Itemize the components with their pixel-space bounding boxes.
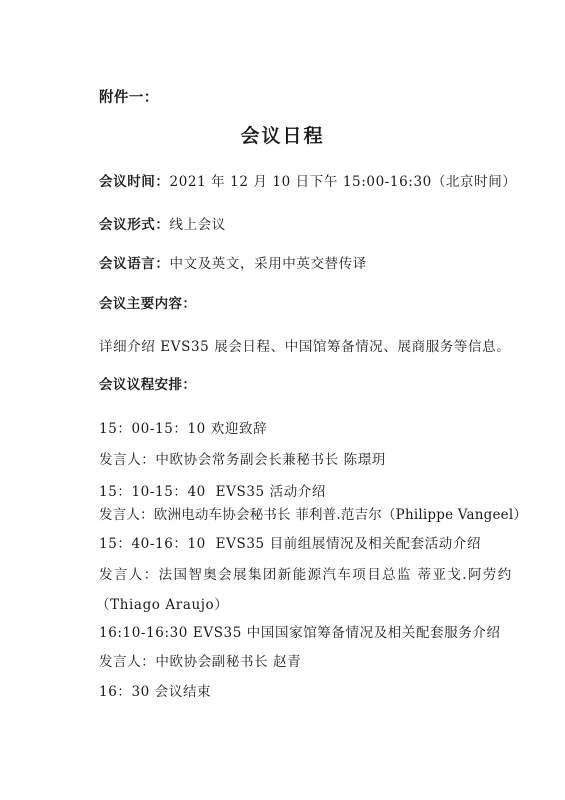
agenda-topic: EVS35 中国国家馆筹备情况及相关配套服务介绍 bbox=[193, 625, 501, 641]
content-text: 详细介绍 EVS35 展会日程、中国馆筹备情况、展商服务等信息。 bbox=[99, 338, 510, 356]
attachment-label: 附件一： bbox=[99, 89, 159, 107]
meta-language: 会议语言：中文及英文，采用中英交替传译 bbox=[99, 255, 367, 273]
agenda-item-time-topic: 16:10-16:30 EVS35 中国国家馆筹备情况及相关配套服务介绍 bbox=[99, 624, 501, 642]
agenda-item-time-topic: 15：10-15：40 EVS35 活动介绍 bbox=[99, 483, 326, 501]
meta-language-value: 中文及英文，采用中英交替传译 bbox=[170, 256, 367, 272]
agenda-time: 16:10-16:30 bbox=[99, 625, 188, 641]
agenda-time: 15：40-16：10 bbox=[99, 536, 206, 552]
page-title: 会议日程 bbox=[0, 124, 565, 148]
document-page: 附件一： 会议日程 会议时间：2021 年 12 月 10 日下午 15:00-… bbox=[0, 0, 565, 800]
agenda-time: 15：10-15：40 bbox=[99, 484, 206, 500]
agenda-topic: 欢迎致辞 bbox=[211, 421, 267, 437]
agenda-heading: 会议议程安排： bbox=[99, 376, 196, 394]
agenda-speaker: 发言人：中欧协会副秘书长 赵青 bbox=[99, 653, 301, 671]
content-heading: 会议主要内容： bbox=[99, 295, 196, 313]
agenda-speaker: 发言人：中欧协会常务副会长兼秘书长 陈璟玥 bbox=[99, 451, 386, 469]
agenda-topic: EVS35 活动介绍 bbox=[216, 484, 326, 500]
agenda-item-time-topic: 15：40-16：10 EVS35 目前组展情况及相关配套活动介绍 bbox=[99, 535, 481, 553]
agenda-item-time-topic: 15：00-15：10 欢迎致辞 bbox=[99, 420, 267, 438]
meta-time-value: 2021 年 12 月 10 日下午 15:00-16:30（北京时间） bbox=[170, 174, 517, 190]
agenda-speaker: 发言人：欧洲电动车协会秘书长 菲利普.范吉尔（Philippe Vangeel） bbox=[99, 506, 527, 524]
meta-format-label: 会议形式： bbox=[99, 217, 170, 233]
agenda-topic: EVS35 目前组展情况及相关配套活动介绍 bbox=[216, 536, 481, 552]
meta-format-value: 线上会议 bbox=[170, 217, 226, 233]
meta-time: 会议时间：2021 年 12 月 10 日下午 15:00-16:30（北京时间… bbox=[99, 173, 516, 191]
meta-format: 会议形式：线上会议 bbox=[99, 216, 226, 234]
agenda-speaker-continued: （Thiago Araujo） bbox=[96, 596, 228, 614]
agenda-speaker: 发言人：法国智奥会展集团新能源汽车项目总监 蒂亚戈.阿劳约 bbox=[99, 566, 513, 584]
agenda-time: 15：00-15：10 bbox=[99, 421, 206, 437]
meta-time-label: 会议时间： bbox=[99, 174, 170, 190]
meta-language-label: 会议语言： bbox=[99, 256, 170, 272]
agenda-closing: 16：30 会议结束 bbox=[99, 683, 211, 701]
